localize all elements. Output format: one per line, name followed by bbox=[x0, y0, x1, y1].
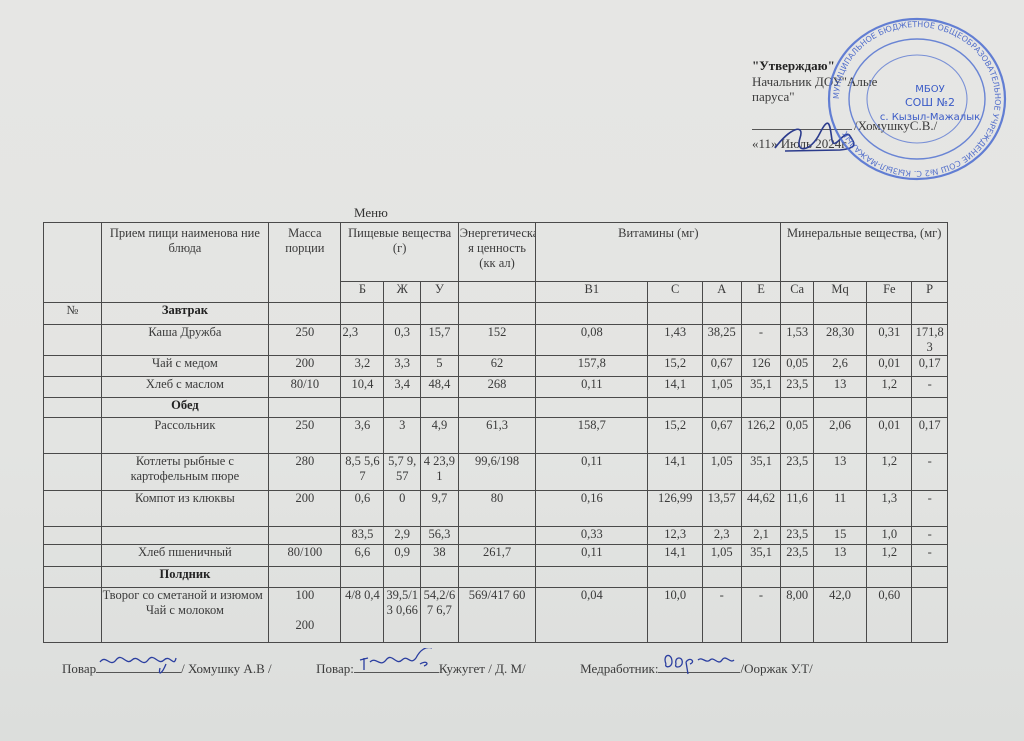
cell-mineral-p: - bbox=[912, 454, 948, 491]
cell-fat bbox=[384, 567, 421, 588]
cell-vit-b1: 0,04 bbox=[536, 588, 648, 643]
cell-vit-c bbox=[648, 567, 702, 588]
dish-name bbox=[101, 527, 269, 545]
cell-carbs: 5 bbox=[421, 356, 459, 377]
cell-mineral-p: - bbox=[912, 377, 948, 398]
cell-vit-b1: 0,08 bbox=[536, 325, 648, 356]
cell-carbs: 4 23,91 bbox=[421, 454, 459, 491]
subheader-ca: Ca bbox=[781, 282, 813, 303]
menu-body: №ЗавтракКаша Дружба2502,30,315,71520,081… bbox=[44, 303, 1012, 643]
dish-name: Компот из клюквы bbox=[101, 491, 269, 527]
cell-mineral-ca: 1,53 bbox=[781, 325, 813, 356]
cook1-label: Повар bbox=[62, 661, 96, 676]
cell-vit-c: 12,3 bbox=[648, 527, 702, 545]
cell-carbs: 54,2/67 6,7 bbox=[421, 588, 459, 643]
cell-vit-c: 15,2 bbox=[648, 418, 702, 454]
dish-name: Рассольник bbox=[101, 418, 269, 454]
cell-fat bbox=[384, 303, 421, 325]
cell-vit-a bbox=[702, 398, 741, 418]
row-number bbox=[44, 377, 102, 398]
portion-mass: 80/100 bbox=[269, 545, 341, 567]
signatures-footer: Повар/ Хомушку А.В / Повар:Кужугет / Д. … bbox=[62, 658, 813, 677]
meal-section-title: Полдник bbox=[101, 567, 269, 588]
cell-protein: 10,4 bbox=[341, 377, 384, 398]
cell-mineral-fe: 0,31 bbox=[867, 325, 912, 356]
subheader-b1: B1 bbox=[536, 282, 648, 303]
cell-vit-a: - bbox=[702, 588, 741, 643]
cell-mineral-fe: 0,01 bbox=[867, 356, 912, 377]
subheader-a: A bbox=[702, 282, 741, 303]
cook2-signature-icon bbox=[354, 648, 439, 678]
portion-mass bbox=[269, 567, 341, 588]
cell-vit-c bbox=[648, 398, 702, 418]
cell-vit-e bbox=[741, 303, 781, 325]
portion-mass: 250 bbox=[269, 325, 341, 356]
med-signature-icon bbox=[658, 648, 740, 678]
row-number bbox=[44, 491, 102, 527]
cell-mineral-p: - bbox=[912, 491, 948, 527]
med-label: Медработник: bbox=[580, 661, 658, 676]
section-row: Полдник bbox=[44, 567, 1012, 588]
cell-vit-a: 2,3 bbox=[702, 527, 741, 545]
cell-carbs: 15,7 bbox=[421, 325, 459, 356]
dish-name-secondary: Чай с молоком bbox=[103, 603, 268, 618]
cell-mineral-mg: 13 bbox=[813, 377, 866, 398]
menu-table: Прием пищи наименова ние блюда Масса пор… bbox=[43, 222, 1012, 643]
cell-carbs bbox=[421, 398, 459, 418]
subheader-у: У bbox=[421, 282, 459, 303]
cell-mineral-mg bbox=[813, 303, 866, 325]
table-row: Чай с медом2003,23,3562157,815,20,671260… bbox=[44, 356, 1012, 377]
cell-vit-b1 bbox=[536, 398, 648, 418]
dish-name: Котлеты рыбные с картофельным пюре bbox=[101, 454, 269, 491]
cell-vit-c: 14,1 bbox=[648, 377, 702, 398]
cell-mineral-ca: 0,05 bbox=[781, 418, 813, 454]
cell-vit-b1: 0,33 bbox=[536, 527, 648, 545]
portion-mass bbox=[269, 527, 341, 545]
cell-mineral-fe: 1,2 bbox=[867, 454, 912, 491]
portion-mass-primary: 100 bbox=[270, 588, 339, 603]
cell-protein bbox=[341, 398, 384, 418]
cell-vit-a: 1,05 bbox=[702, 545, 741, 567]
subheader-e: E bbox=[741, 282, 781, 303]
cell-mineral-fe: 1,0 bbox=[867, 527, 912, 545]
cell-mineral-mg: 13 bbox=[813, 454, 866, 491]
cell-vit-c: 15,2 bbox=[648, 356, 702, 377]
cell-vit-c: 10,0 bbox=[648, 588, 702, 643]
section-row: №Завтрак bbox=[44, 303, 1012, 325]
cell-vit-e bbox=[741, 567, 781, 588]
subheader-p: P bbox=[912, 282, 948, 303]
cell-mineral-mg: 11 bbox=[813, 491, 866, 527]
subheader-б: Б bbox=[341, 282, 384, 303]
dish-name: Чай с медом bbox=[101, 356, 269, 377]
cell-fat: 0,3 bbox=[384, 325, 421, 356]
cook2-name: Кужугет / Д. М/ bbox=[439, 661, 526, 676]
cell-vit-c: 126,99 bbox=[648, 491, 702, 527]
cell-protein: 2,3 bbox=[341, 325, 384, 356]
subheader-mq: Mq bbox=[813, 282, 866, 303]
approval-title: "Утверждаю" bbox=[752, 58, 937, 74]
row-number bbox=[44, 588, 102, 643]
cell-mineral-fe: 0,60 bbox=[867, 588, 912, 643]
cell-carbs bbox=[421, 567, 459, 588]
cell-fat: 39,5/13 0,66 bbox=[384, 588, 421, 643]
cell-vit-a: 38,25 bbox=[702, 325, 741, 356]
cell-mineral-p bbox=[912, 303, 948, 325]
subheader-c: C bbox=[648, 282, 702, 303]
cell-mineral-mg: 28,30 bbox=[813, 325, 866, 356]
cell-vit-c: 14,1 bbox=[648, 545, 702, 567]
header-energy: Энергетическа я ценность (кк ал) bbox=[458, 223, 536, 282]
cell-protein bbox=[341, 303, 384, 325]
dish-name: Каша Дружба bbox=[101, 325, 269, 356]
header-nutrients: Пищевые вещества (г) bbox=[341, 223, 458, 282]
cell-vit-a: 0,67 bbox=[702, 418, 741, 454]
portion-mass: 80/10 bbox=[269, 377, 341, 398]
cell-energy bbox=[458, 303, 536, 325]
row-number bbox=[44, 545, 102, 567]
cell-protein: 8,5 5,67 bbox=[341, 454, 384, 491]
cell-carbs: 9,7 bbox=[421, 491, 459, 527]
table-row: 83,52,956,30,3312,32,32,123,5151,0- bbox=[44, 527, 1012, 545]
cell-mineral-p: 171,83 bbox=[912, 325, 948, 356]
cell-mineral-mg: 13 bbox=[813, 545, 866, 567]
cell-mineral-mg bbox=[813, 567, 866, 588]
cell-mineral-ca bbox=[781, 567, 813, 588]
cell-energy bbox=[458, 398, 536, 418]
dish-name: Творог со сметаной и изюмомЧай с молоком bbox=[101, 588, 269, 643]
cell-fat: 3,3 bbox=[384, 356, 421, 377]
cell-vit-e: - bbox=[741, 325, 781, 356]
cell-mineral-fe: 0,01 bbox=[867, 418, 912, 454]
cell-vit-c: 14,1 bbox=[648, 454, 702, 491]
cell-mineral-ca bbox=[781, 303, 813, 325]
cell-vit-e: 35,1 bbox=[741, 377, 781, 398]
cell-energy bbox=[458, 527, 536, 545]
subheader-ж: Ж bbox=[384, 282, 421, 303]
portion-mass bbox=[269, 398, 341, 418]
row-number bbox=[44, 398, 102, 418]
header-vitamins: Витамины (мг) bbox=[536, 223, 781, 282]
cell-mineral-p bbox=[912, 398, 948, 418]
cell-fat: 0,9 bbox=[384, 545, 421, 567]
header-mass: Масса порции bbox=[269, 223, 341, 303]
cell-mineral-p: 0,17 bbox=[912, 418, 948, 454]
cell-carbs: 4,9 bbox=[421, 418, 459, 454]
row-number bbox=[44, 325, 102, 356]
cell-vit-e bbox=[741, 398, 781, 418]
cell-carbs: 48,4 bbox=[421, 377, 459, 398]
table-row: Компот из клюквы2000,609,7800,16126,9913… bbox=[44, 491, 1012, 527]
cell-vit-b1: 0,11 bbox=[536, 377, 648, 398]
cell-mineral-p bbox=[912, 588, 948, 643]
cell-energy: 80 bbox=[458, 491, 536, 527]
cell-vit-b1 bbox=[536, 303, 648, 325]
cell-carbs: 56,3 bbox=[421, 527, 459, 545]
cook1-signature-icon bbox=[96, 648, 181, 676]
cell-mineral-p: - bbox=[912, 527, 948, 545]
med-name: /Ооржак У.Т/ bbox=[740, 661, 812, 676]
header-dish: Прием пищи наименова ние блюда bbox=[101, 223, 269, 303]
approval-position-cont: паруса" bbox=[752, 89, 937, 105]
director-signature-icon bbox=[770, 118, 865, 158]
subheader-fe: Fe bbox=[867, 282, 912, 303]
portion-mass: 250 bbox=[269, 418, 341, 454]
cell-mineral-p: 0,17 bbox=[912, 356, 948, 377]
cell-carbs bbox=[421, 303, 459, 325]
cell-energy: 62 bbox=[458, 356, 536, 377]
cell-fat: 3,4 bbox=[384, 377, 421, 398]
med-signature-line bbox=[658, 658, 740, 673]
cell-carbs: 38 bbox=[421, 545, 459, 567]
cell-mineral-mg: 42,0 bbox=[813, 588, 866, 643]
cell-vit-e: 126 bbox=[741, 356, 781, 377]
cell-vit-e: 126,2 bbox=[741, 418, 781, 454]
table-row: Котлеты рыбные с картофельным пюре2808,5… bbox=[44, 454, 1012, 491]
cell-vit-b1: 0,11 bbox=[536, 545, 648, 567]
cell-energy: 569/417 60 bbox=[458, 588, 536, 643]
cell-mineral-fe: 1,2 bbox=[867, 545, 912, 567]
cell-mineral-ca: 0,05 bbox=[781, 356, 813, 377]
cell-mineral-fe bbox=[867, 398, 912, 418]
cell-protein: 4/8 0,4 bbox=[341, 588, 384, 643]
row-number bbox=[44, 418, 102, 454]
cell-vit-b1: 0,16 bbox=[536, 491, 648, 527]
cell-vit-a bbox=[702, 303, 741, 325]
table-row: Рассольник2503,634,961,3158,715,20,67126… bbox=[44, 418, 1012, 454]
cell-fat: 5,7 9,57 bbox=[384, 454, 421, 491]
row-number: № bbox=[44, 303, 102, 325]
cell-mineral-p: - bbox=[912, 545, 948, 567]
cell-protein: 6,6 bbox=[341, 545, 384, 567]
cell-energy bbox=[458, 567, 536, 588]
cell-energy: 99,6/198 bbox=[458, 454, 536, 491]
cell-mineral-ca bbox=[781, 398, 813, 418]
subheader-blank-3 bbox=[458, 282, 536, 303]
dish-name: Творог со сметаной и изюмом bbox=[103, 588, 268, 603]
portion-mass: 200 bbox=[269, 491, 341, 527]
cell-mineral-mg: 2,6 bbox=[813, 356, 866, 377]
meal-section-title: Обед bbox=[101, 398, 269, 418]
cell-mineral-p bbox=[912, 567, 948, 588]
table-row: Творог со сметаной и изюмомЧай с молоком… bbox=[44, 588, 1012, 643]
cell-vit-e: - bbox=[741, 588, 781, 643]
dish-name: Хлеб с маслом bbox=[101, 377, 269, 398]
cell-vit-a: 0,67 bbox=[702, 356, 741, 377]
menu-title: Меню bbox=[354, 205, 388, 221]
cell-mineral-ca: 23,5 bbox=[781, 527, 813, 545]
cell-protein: 3,6 bbox=[341, 418, 384, 454]
row-number bbox=[44, 454, 102, 491]
cell-mineral-fe bbox=[867, 567, 912, 588]
dish-name: Хлеб пшеничный bbox=[101, 545, 269, 567]
cell-mineral-mg bbox=[813, 398, 866, 418]
cell-vit-c: 1,43 bbox=[648, 325, 702, 356]
cell-vit-e: 2,1 bbox=[741, 527, 781, 545]
cell-vit-b1: 158,7 bbox=[536, 418, 648, 454]
cell-protein: 83,5 bbox=[341, 527, 384, 545]
header-number bbox=[44, 223, 102, 303]
cell-mineral-ca: 23,5 bbox=[781, 545, 813, 567]
cook1-signature-line bbox=[96, 658, 181, 673]
cell-vit-e: 35,1 bbox=[741, 545, 781, 567]
cell-energy: 152 bbox=[458, 325, 536, 356]
cell-fat: 2,9 bbox=[384, 527, 421, 545]
cell-energy: 261,7 bbox=[458, 545, 536, 567]
meal-section-title: Завтрак bbox=[101, 303, 269, 325]
cell-mineral-ca: 11,6 bbox=[781, 491, 813, 527]
cell-vit-a bbox=[702, 567, 741, 588]
cell-vit-b1: 157,8 bbox=[536, 356, 648, 377]
cell-energy: 268 bbox=[458, 377, 536, 398]
cell-mineral-fe: 1,3 bbox=[867, 491, 912, 527]
cook2-signature-line bbox=[354, 658, 439, 673]
cell-mineral-fe: 1,2 bbox=[867, 377, 912, 398]
cell-energy: 61,3 bbox=[458, 418, 536, 454]
approval-signer: /ХомушкуС.В./ bbox=[854, 118, 937, 133]
cell-vit-b1 bbox=[536, 567, 648, 588]
portion-mass: 100 200 bbox=[269, 588, 341, 643]
cell-fat: 3 bbox=[384, 418, 421, 454]
row-number bbox=[44, 527, 102, 545]
table-row: Хлеб пшеничный80/1006,60,938261,70,1114,… bbox=[44, 545, 1012, 567]
cell-vit-a: 13,57 bbox=[702, 491, 741, 527]
cell-mineral-ca: 23,5 bbox=[781, 377, 813, 398]
cell-vit-c bbox=[648, 303, 702, 325]
header-minerals: Минеральные вещества, (мг) bbox=[781, 223, 948, 282]
row-number bbox=[44, 356, 102, 377]
table-row: Хлеб с маслом80/1010,43,448,42680,1114,1… bbox=[44, 377, 1012, 398]
cell-mineral-mg: 2,06 bbox=[813, 418, 866, 454]
portion-mass bbox=[269, 303, 341, 325]
cell-vit-a: 1,05 bbox=[702, 454, 741, 491]
cook1-name: / Хомушку А.В / bbox=[181, 661, 271, 676]
cell-mineral-fe bbox=[867, 303, 912, 325]
cell-mineral-mg: 15 bbox=[813, 527, 866, 545]
cell-mineral-ca: 23,5 bbox=[781, 454, 813, 491]
row-number bbox=[44, 567, 102, 588]
cook2-label: Повар: bbox=[316, 661, 354, 676]
portion-mass: 200 bbox=[269, 356, 341, 377]
cell-mineral-ca: 8,00 bbox=[781, 588, 813, 643]
cell-vit-a: 1,05 bbox=[702, 377, 741, 398]
portion-mass-secondary: 200 bbox=[270, 618, 339, 633]
cell-fat: 0 bbox=[384, 491, 421, 527]
section-row: Обед bbox=[44, 398, 1012, 418]
table-row: Каша Дружба2502,30,315,71520,081,4338,25… bbox=[44, 325, 1012, 356]
cell-protein bbox=[341, 567, 384, 588]
cell-vit-e: 35,1 bbox=[741, 454, 781, 491]
cell-fat bbox=[384, 398, 421, 418]
cell-protein: 3,2 bbox=[341, 356, 384, 377]
cell-vit-b1: 0,11 bbox=[536, 454, 648, 491]
cell-protein: 0,6 bbox=[341, 491, 384, 527]
cell-vit-e: 44,62 bbox=[741, 491, 781, 527]
portion-mass: 280 bbox=[269, 454, 341, 491]
approval-position: Начальник ДОУ"Алые bbox=[752, 74, 937, 90]
